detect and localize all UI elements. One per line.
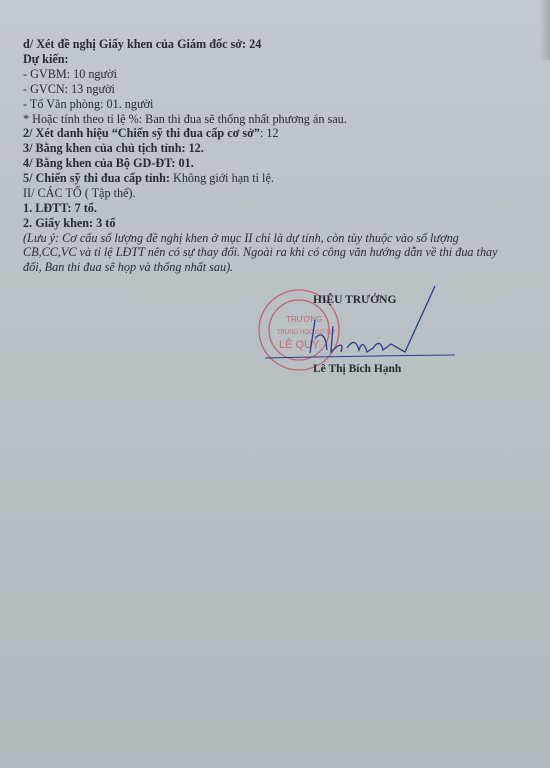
signer-title: HIỆU TRƯỞNG (313, 294, 396, 306)
signer-name: Lê Thị Bích Hạnh (313, 363, 401, 375)
section-2-heading: II/ CÁC TỔ ( Tập thể). (23, 186, 533, 201)
item-2: 2/ Xét danh hiệu “Chiến sỹ thi đua cấp c… (23, 126, 533, 141)
item-5: 5/ Chiến sỹ thi đua cấp tỉnh: Không giới… (23, 171, 533, 186)
svg-text:TRUNG HỌC CƠ SỞ: TRUNG HỌC CƠ SỞ (277, 329, 335, 336)
planned-label: Dự kiến: (23, 52, 533, 67)
section-2-item-2: 2. Giấy khen: 3 tổ (23, 216, 533, 231)
ratio-note: * Hoặc tính theo tỉ lệ %: Ban thi đua sẽ… (23, 112, 533, 127)
office-line: - Tổ Văn phòng: 01. người (23, 97, 533, 112)
document-body: d/ Xét đề nghị Giấy khen của Giám đốc sở… (23, 37, 533, 275)
item-4: 4/ Bằng khen của Bộ GD-ĐT: 01. (23, 156, 533, 171)
item-3: 3/ Bằng khen của chủ tịch tỉnh: 12. (23, 141, 533, 156)
proposal-heading: d/ Xét đề nghị Giấy khen của Giám đốc sở… (23, 37, 533, 52)
svg-text:LÊ QUÝ: LÊ QUÝ (279, 338, 320, 351)
page-edge-shadow (540, 0, 550, 60)
note-paragraph: (Lưu ý: Cơ cấu số lượng đề nghị khen ở m… (23, 231, 498, 275)
signature-block: TRƯỜNG TRUNG HỌC CƠ SỞ LÊ QUÝ HIỆU TRƯỞN… (255, 278, 475, 388)
gvbm-line: - GVBM: 10 người (23, 67, 533, 82)
gvcn-line: - GVCN: 13 người (23, 82, 533, 97)
svg-text:TRƯỜNG: TRƯỜNG (286, 315, 322, 324)
section-2-item-1: 1. LĐTT: 7 tổ. (23, 201, 533, 216)
